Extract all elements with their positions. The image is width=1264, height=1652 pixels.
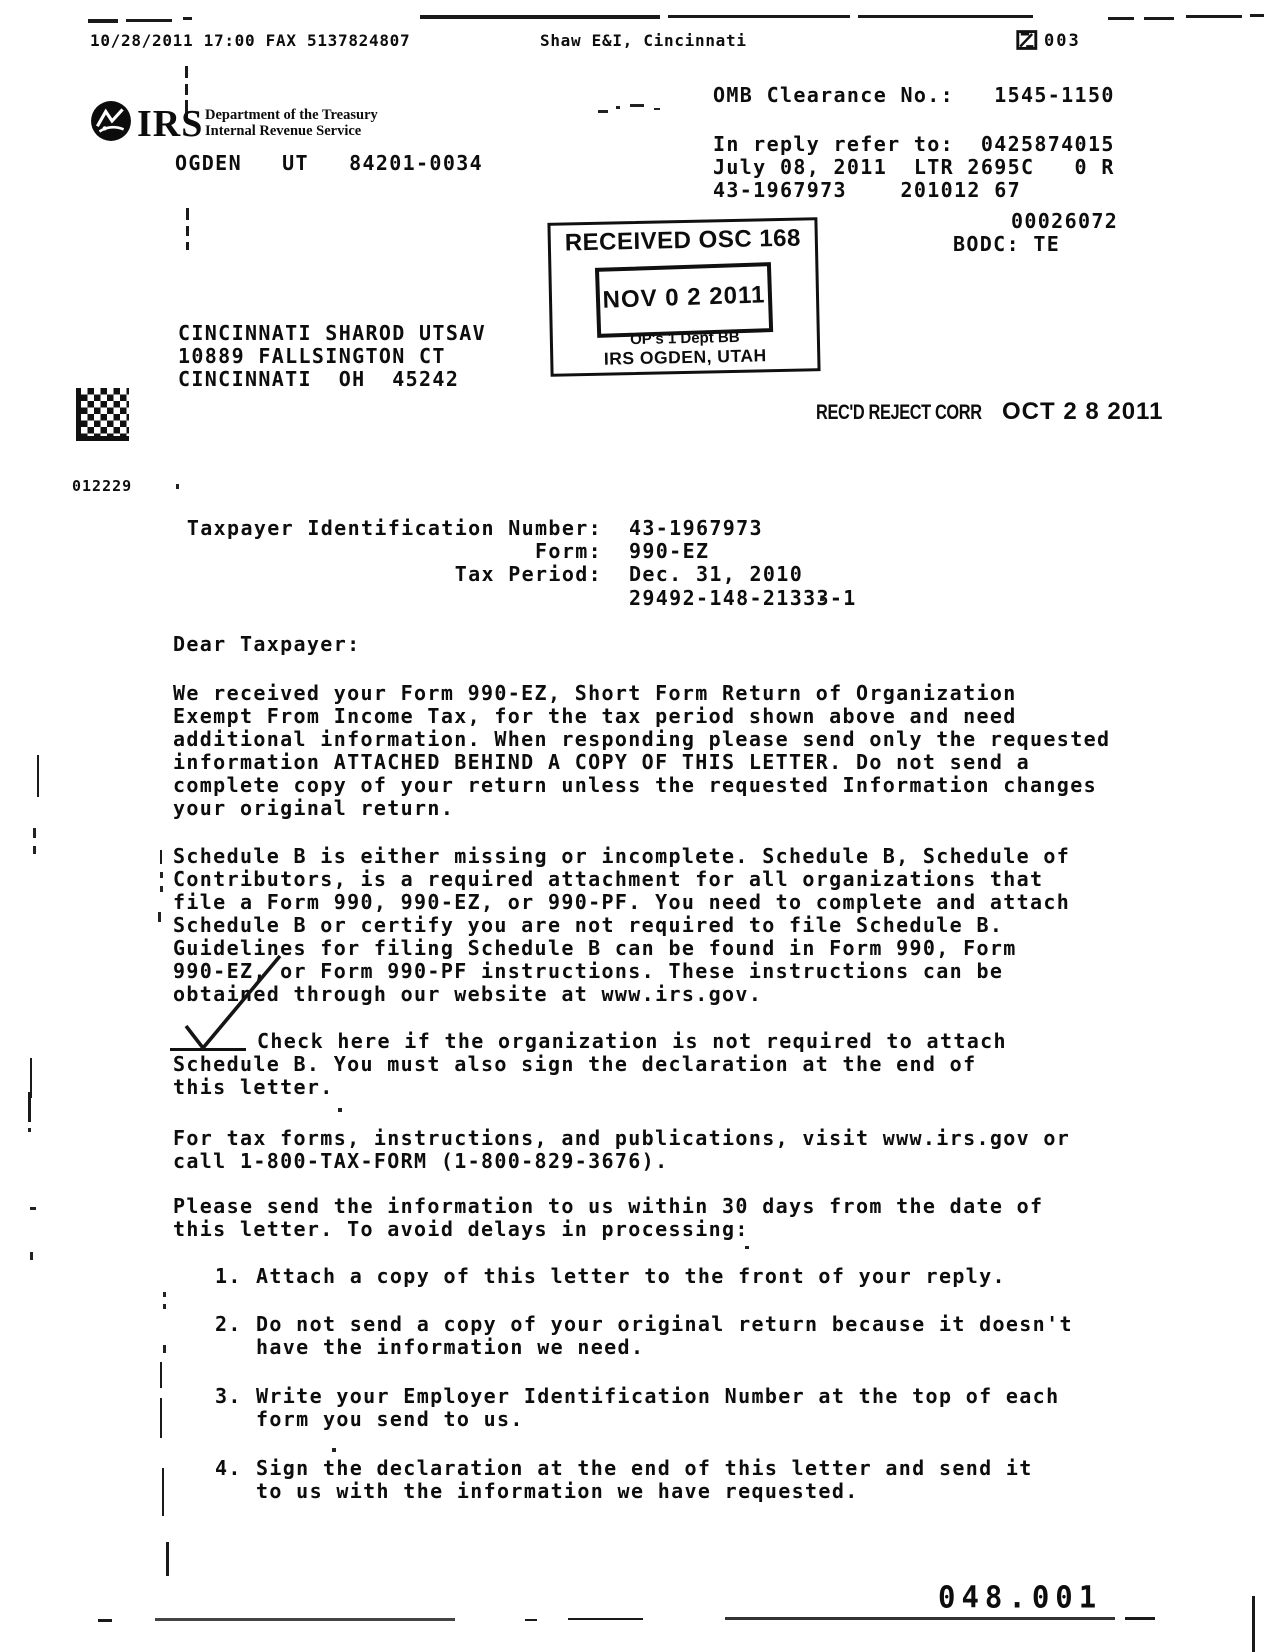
- list-item: 1. Attach a copy of this letter to the f…: [215, 1265, 1006, 1288]
- fax-artifact: [163, 1304, 166, 1309]
- list-item: 4. Sign the declaration at the end of th…: [215, 1457, 1033, 1503]
- fax-artifact: [160, 1362, 162, 1388]
- tax-info-value: Dec. 31, 2010: [629, 563, 803, 586]
- list-item-text: Write your Employer Identification Numbe…: [256, 1385, 1059, 1431]
- fax-artifact: [28, 1128, 31, 1132]
- omb-clearance-line: OMB Clearance No.: 1545-1150: [713, 84, 1115, 107]
- fax-artifact: [616, 106, 620, 109]
- fax-artifact: [28, 1092, 31, 1122]
- fax-artifact: [568, 1618, 643, 1620]
- paragraph-2: Schedule B is either missing or incomple…: [173, 845, 1070, 1006]
- fax-artifact: [332, 1448, 336, 1452]
- fax-artifact: [163, 1345, 166, 1353]
- received-stamp-date-box: NOV 0 2 2011: [595, 262, 773, 338]
- footer-stamp-code: 048.001: [938, 1579, 1102, 1615]
- fax-artifact: [163, 1292, 166, 1297]
- fax-artifact: [1250, 14, 1264, 17]
- fax-artifact: [160, 850, 162, 864]
- fax-artifact: [30, 1207, 36, 1210]
- list-item-number: 4.: [215, 1457, 243, 1503]
- fax-artifact: [186, 226, 189, 236]
- list-item-text: Sign the declaration at the end of this …: [256, 1457, 1033, 1503]
- document-code: 012229: [72, 477, 132, 495]
- list-item-number: 1.: [215, 1265, 243, 1288]
- list-item-text: Attach a copy of this letter to the fron…: [256, 1265, 1006, 1288]
- fax-document-page: 10/28/2011 17:00 FAX 5137824807 Shaw E&I…: [0, 0, 1264, 1652]
- fax-artifact: [160, 872, 163, 878]
- tax-info-value: 990-EZ: [629, 540, 709, 563]
- fax-artifact: [1252, 1596, 1255, 1652]
- list-item: 2. Do not send a copy of your original r…: [215, 1313, 1073, 1359]
- fax-artifact: [654, 108, 660, 110]
- irs-wordmark: IRS: [137, 102, 203, 146]
- check-here-line: Check here if the organization is not re…: [257, 1030, 1007, 1053]
- list-item-number: 2.: [215, 1313, 243, 1359]
- in-reply-line: In reply refer to: 0425874015: [713, 133, 1115, 156]
- fax-artifact: [33, 846, 36, 854]
- reject-stamp: REC'D REJECT CORR OCT 2 8 2011: [816, 398, 1163, 426]
- fax-artifact: [745, 1246, 749, 1249]
- fax-artifact: [183, 17, 192, 20]
- received-stamp-title: RECEIVED OSC 168: [551, 224, 816, 258]
- salutation: Dear Taxpayer:: [173, 633, 360, 656]
- fax-sender-name: Shaw E&I, Cincinnati: [540, 31, 747, 50]
- fax-artifact: [162, 1468, 164, 1516]
- fax-artifact: [858, 15, 1033, 18]
- fax-artifact: [30, 1252, 33, 1260]
- sequence-number: 00026072: [1011, 210, 1118, 233]
- fax-artifact: [186, 242, 189, 250]
- tax-info-value: 43-1967973: [629, 517, 763, 540]
- agency-city-line: OGDEN UT 84201-0034: [175, 152, 483, 175]
- list-item: 3. Write your Employer Identification Nu…: [215, 1385, 1059, 1431]
- fax-artifact: [1186, 15, 1242, 18]
- fax-artifact: [1108, 17, 1134, 20]
- ein-line: 43-1967973 201012 67: [713, 179, 1021, 202]
- paragraph-1: We received your Form 990-EZ, Short Form…: [173, 682, 1110, 820]
- reject-stamp-label: REC'D REJECT CORR: [816, 401, 982, 425]
- datamatrix-barcode: [76, 388, 129, 441]
- fax-artifact: [420, 15, 660, 19]
- fax-page-number: 003: [1044, 31, 1081, 51]
- agency-department-lines: Department of the Treasury Internal Reve…: [205, 108, 378, 139]
- fax-artifact: [37, 755, 39, 797]
- fax-artifact: [33, 828, 36, 838]
- fax-artifact: [160, 886, 163, 892]
- fax-artifact: [598, 110, 608, 113]
- fax-artifact: [158, 912, 161, 922]
- fax-artifact: [186, 208, 189, 220]
- letter-date-line: July 08, 2011 LTR 2695C 0 R: [713, 156, 1115, 179]
- tax-info-label: Taxpayer Identification Number:: [172, 517, 602, 540]
- received-stamp-date: NOV 0 2 2011: [599, 266, 769, 330]
- fax-artifact: [98, 1619, 112, 1622]
- reject-stamp-date: OCT 2 8 2011: [1002, 398, 1163, 425]
- fax-sent-line: 10/28/2011 17:00 FAX 5137824807: [90, 31, 410, 50]
- tax-info-label: Form:: [172, 540, 602, 563]
- fax-artifact: [160, 1398, 162, 1438]
- fax-artifact: [668, 15, 850, 18]
- fax-artifact: [185, 84, 188, 95]
- irs-eagle-logo-icon: [90, 100, 132, 146]
- received-stamp: RECEIVED OSC 168 NOV 0 2 2011 OP's 1 Dep…: [547, 217, 820, 377]
- fax-artifact: [88, 19, 118, 23]
- paragraph-4: For tax forms, instructions, and publica…: [173, 1127, 1070, 1173]
- recipient-address: CINCINNATI SHAROD UTSAV 10889 FALLSINGTO…: [178, 322, 486, 391]
- bodc-line: BODC: TE: [953, 233, 1060, 256]
- fax-artifact: [155, 1618, 455, 1621]
- fax-artifact: [630, 104, 644, 107]
- fax-page-icon: [1016, 28, 1040, 52]
- fax-artifact: [1144, 17, 1174, 20]
- tax-info-label: Tax Period:: [172, 563, 602, 586]
- list-item-number: 3.: [215, 1385, 243, 1431]
- tax-info-row: Taxpayer Identification Number: 43-19679…: [172, 517, 763, 540]
- fax-artifact: [1125, 1617, 1155, 1620]
- list-item-text: Do not send a copy of your original retu…: [256, 1313, 1073, 1359]
- fax-artifact: [525, 1619, 537, 1621]
- check-here-continuation: Schedule B. You must also sign the decla…: [173, 1053, 976, 1099]
- fax-artifact: [126, 19, 172, 22]
- tax-info-label: [172, 587, 602, 610]
- tax-info-row: 29492-148-21333-1: [172, 587, 857, 610]
- tax-info-row: Form: 990-EZ: [172, 540, 709, 563]
- fax-artifact: [338, 1108, 342, 1112]
- fax-artifact: [176, 484, 179, 489]
- received-stamp-office: IRS OGDEN, UTAH: [553, 344, 817, 371]
- paragraph-5: Please send the information to us within…: [173, 1195, 1043, 1241]
- fax-artifact: [185, 66, 188, 78]
- fax-artifact: [166, 1542, 169, 1576]
- fax-artifact: [725, 1617, 1115, 1620]
- tax-info-row: Tax Period: Dec. 31, 2010: [172, 563, 803, 586]
- fax-artifact: [820, 598, 824, 601]
